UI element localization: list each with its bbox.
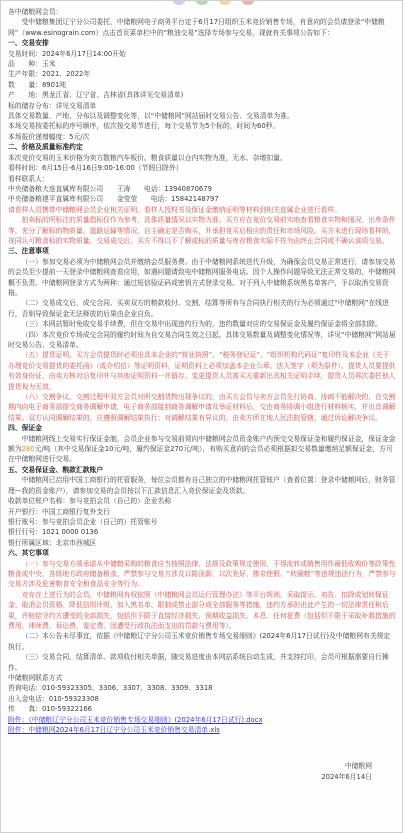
other-item-1-red: （一）参与交易方须承诺从中储粮采购的粮食应当按照法律、法规及政策规定使用，不得流… — [8, 559, 396, 590]
notice-item-2: （二）交易成交后，成交合同、买卖双方的粮款收付、交割、结算等所有与合同执行相关的… — [8, 298, 396, 319]
other-item-3: （三）交易合同、结算清单、款项收付相关单据，随交易进度由本网站系统自动生成，并支… — [8, 652, 396, 673]
bank-region-line: 银行所属区域：北京市西城区 — [8, 538, 396, 548]
section4-title: 四、保证金 — [8, 423, 396, 433]
bank-code-line: 银行行号：1021 0000 0136 — [8, 527, 396, 537]
funds-phone-line: 出入金电话：010-59323308 — [8, 694, 396, 704]
notice-item-1: （一）参加交易必须为中储粮网会员并缴纳会员服务费。由于中储粮网系统迭代升级，为确… — [8, 257, 396, 299]
notice-item-4: （四）本次竞价专场成交合同的履约时间为自交易合同生效之日起。具体交易数量及调整变… — [8, 330, 396, 351]
session-rule-line: 本场交易按委托标的序号顺序，依次按交易节进行，每个交易节为5个标的，时间为60秒… — [8, 121, 396, 131]
attachment-link-rules-docx[interactable]: 附件：《中储粮辽宁分公司玉米竞价销售专场交易细则》(2024年6月17日试行).… — [8, 716, 262, 724]
quality-disclaimer-red: 拍卖标的所标注的质量指标仅作为参考，具体质量情况以实物为准。买方应在竞价交易前实… — [8, 215, 396, 246]
contact-jianping: 中央储备粮建平直属库有限公司 金莹莹 电话：15842148797 — [8, 194, 396, 204]
storage-distribution-line: 标的储存分布：详见交易清单 — [8, 101, 396, 111]
deposit-paragraph: 中储粮网线上交易实行保证金制，会员企业参与交易前须向中储粮网会员资金账户内预交交… — [8, 434, 396, 465]
notice-item-6-red: （六）交割争议。交割过程中双方会员对所交割货物出现争议的，由买方会员与卖方会员先… — [8, 392, 396, 423]
fax-line: 传 真：010-59322166 — [8, 704, 396, 714]
section3-title: 三、注意事项 — [8, 246, 396, 256]
share-icon-orange[interactable] — [219, 0, 231, 5]
sample-notice-red: 请看样人员携带中储粮网会员企业相关证明、看样人授权书及保证金缴纳证明等材料到相关… — [8, 205, 396, 215]
notice-item-3: （三）本网站暂时免收交易手续费，但在交易中出现违约行为的，违约数量对应的交易保证… — [8, 319, 396, 329]
deposit-post: 元/吨（其中交易保证金10元/吨，履约保证金270元/吨），有购买意向的会员必须… — [8, 445, 393, 463]
deposit-amount: 280 — [22, 445, 35, 453]
share-icon-green[interactable] — [196, 0, 208, 5]
signature-date: 2024年6月14日 — [8, 772, 372, 782]
quantity-line: 数 量：8901吨 — [8, 80, 396, 90]
section5-title: 五、交易保证金、粮款汇款账户 — [8, 465, 396, 475]
intro-paragraph: 受中储粮集团辽宁分公司委托，中储粮网电子商务平台定于6月17日组织玉米竞价销售专… — [8, 17, 396, 38]
notice-item-5-red: （五）提货证明。买方会员提货时必须出具本企业的“营业执照”、“税务登记证”、“组… — [8, 350, 396, 392]
consult-phone-line: 咨询电话：010-59323305、3306、3307、3308、3309、33… — [8, 683, 396, 693]
signature-org: 中储粮网 — [8, 761, 372, 771]
sample-time-line: 看样时间：6月15日-6月16日9:00-16:00（节假日除外） — [8, 163, 396, 173]
variety-line: 品 种：玉米 — [8, 59, 396, 69]
section6-title: 六、其它事项 — [8, 548, 396, 558]
section2-title: 二、价格及质量标准约定 — [8, 142, 396, 152]
share-icon-blue[interactable] — [173, 0, 185, 5]
bank-intro: 中储粮网已启用中国工商银行的托管服务，每位会员都有自己独立的中储粮网托管账户（查… — [8, 475, 396, 496]
bank-name-line: 开户银行：中国工商银行复外支行 — [8, 507, 396, 517]
contact-section-title: 中储粮网联系方式 — [8, 673, 396, 683]
quantity-note-line: 具体交易数量、产地、分布以及调整变化等，以“中储粮网”网站届时交易公告、交易清单… — [8, 111, 396, 121]
payee-name-line: 收款单位账户名称：参与竞拍会员（自己的）企业名称 — [8, 496, 396, 506]
section1-title: 一、交易安排 — [8, 38, 396, 48]
signature-block: 中储粮网 2024年6月14日 — [8, 761, 396, 782]
production-year-line: 生产年限：2021、2022年 — [8, 69, 396, 79]
other-item-1b-red: 对存在上述行为的会员，中储粮网有权依照《中储粮网会员运行管理办法》等平台规则，采… — [8, 590, 396, 632]
announcement-page: 各中储粮网会员： 受中储粮集团辽宁分公司委托，中储粮网电子商务平台定于6月17日… — [0, 0, 403, 833]
bid-increment-line: 本场报价递增幅度：5元/次 — [8, 132, 396, 142]
sample-contact-header: 看样联系人： — [8, 174, 396, 184]
trade-time-line: 交易时间：2024年6月17日14:00开始 — [8, 49, 396, 59]
price-standard-line: 本次竞价交易的玉米价格为卖方散粮汽车板价。粮食质量以仓内实物为准，无水、杂增扣量… — [8, 153, 396, 163]
salutation: 各中储粮网会员： — [8, 7, 396, 17]
origin-line: 产 地：黑龙江省、辽宁省、吉林省(具体详见交易清单) — [8, 90, 396, 100]
contact-dalian: 中央储备粮大连直属库有限公司 王涛 电话：13940870679 — [8, 184, 396, 194]
share-icon-red[interactable] — [242, 0, 254, 5]
other-item-2: （二）本公告未尽事宜，依据《中储粮辽宁分公司玉米竞价销售专场交易细则》(2024… — [8, 631, 396, 652]
attachment-link-list-xls[interactable]: 附件：中储粮网2024年6月17日辽宁分公司玉米竞价销售交易清单.xls — [8, 726, 220, 734]
bank-account-line: 银行账号：参与竞拍会员企业（自己的）托管账号 — [8, 517, 396, 527]
